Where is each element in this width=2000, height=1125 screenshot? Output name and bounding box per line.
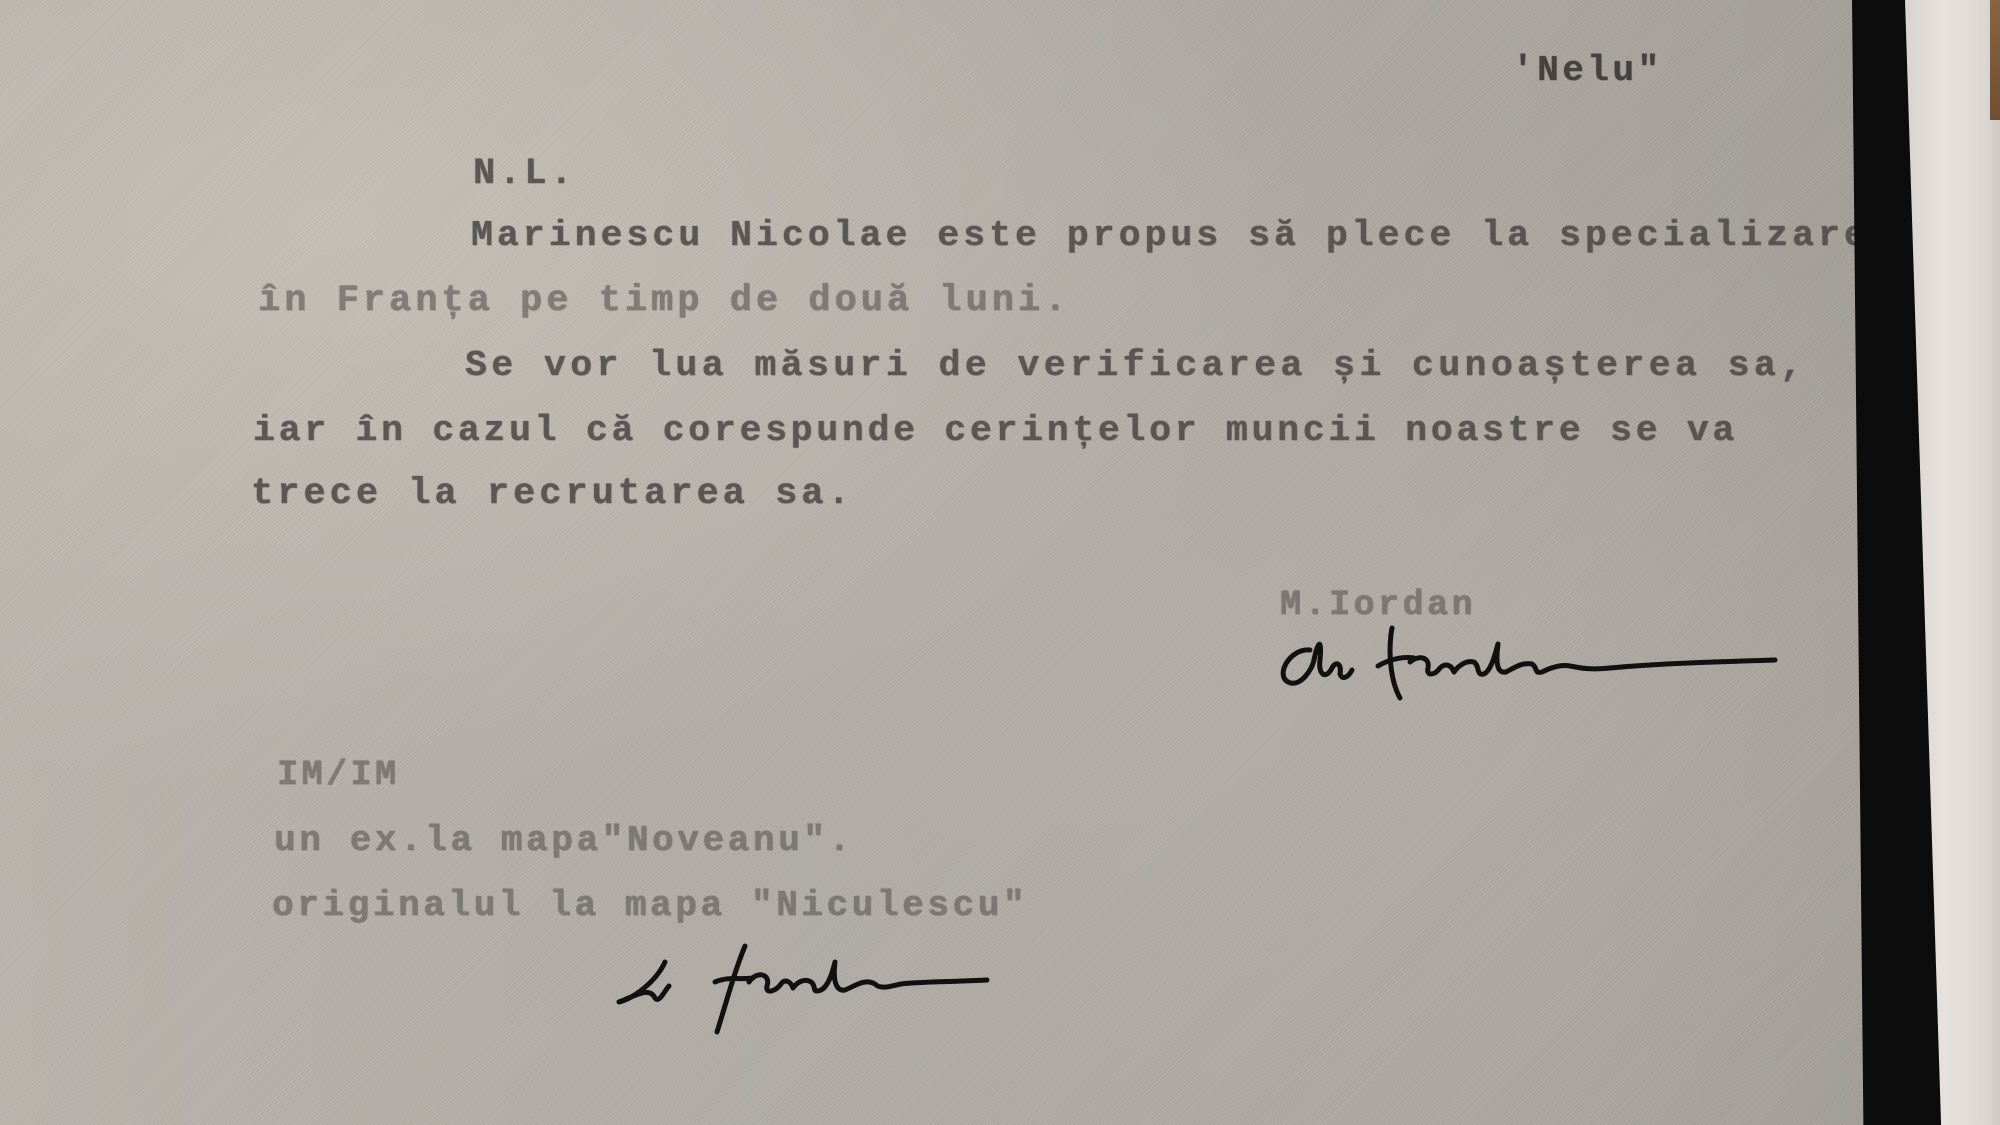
signature-main	[1270, 620, 1790, 710]
distribution-line-1: un ex.la mapa"Noveanu".	[274, 820, 854, 861]
paragraph-1-line-2: în Franța pe timp de două luni.	[258, 280, 1070, 322]
paragraph-2-line-1: Se vor lua măsuri de verificarea și cuno…	[465, 345, 1806, 386]
paragraph-2-line-3: trece la recrutarea sa.	[251, 473, 854, 515]
document-photo: 'Nelu" N.L. Marinescu Nicolae este propu…	[0, 0, 2000, 1125]
paragraph-2-line-2: iar în cazul că corespunde cerințelor mu…	[253, 410, 1738, 451]
footer-initials: IM/IM	[277, 755, 400, 795]
distribution-line-2: originalul la mapa "Niculescu"	[272, 885, 1028, 926]
background-wood-edge	[1990, 0, 2000, 120]
document-heading: N.L.	[473, 153, 576, 195]
signatory-typed-name: M.Iordan	[1280, 585, 1476, 625]
paragraph-1-line-1: Marinescu Nicolae este propus să plece l…	[471, 215, 1870, 256]
paper-page: 'Nelu" N.L. Marinescu Nicolae este propu…	[0, 0, 1870, 1125]
codename-label: 'Nelu"	[1512, 50, 1663, 91]
signature-footer	[605, 940, 1005, 1040]
